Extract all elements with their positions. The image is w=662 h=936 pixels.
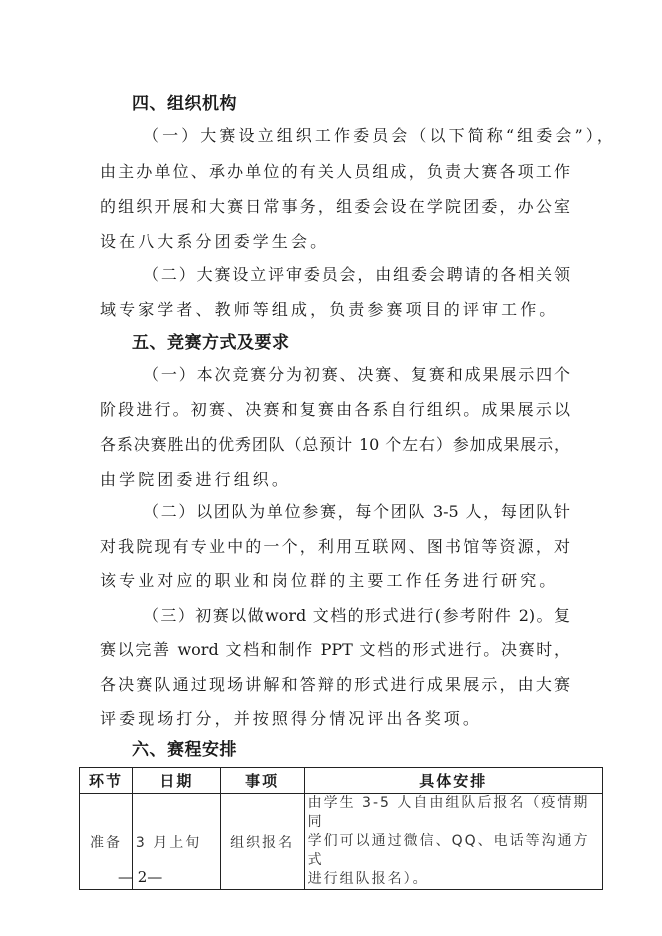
paragraph-line: 设在八大系分团委学生会。 [100,229,570,252]
paragraph-line: 由主办单位、承办单位的有关人员组成，负责大赛各项工作 [100,159,570,182]
paragraph-line: 阶段进行。初赛、决赛和复赛由各系自行组织。成果展示以 [100,397,570,420]
paragraph-line: 由学院团委进行组织。 [100,467,570,490]
section-heading-organization: 四、组织机构 [132,89,237,114]
paragraph-line: 赛以完善 word 文档和制作 PPT 文档的形式进行。决赛时， [100,637,570,660]
table-header-row: 环节 日期 事项 具体安排 [80,768,603,794]
paragraph-line: （二）大赛设立评审委员会，由组委会聘请的各相关领 [143,262,570,285]
paragraph-line: （一）本次竞赛分为初赛、决赛、复赛和成果展示四个 [143,362,570,385]
detail-line: 进行组队报名）。 [308,870,599,889]
cell-item: 组织报名 [220,794,304,890]
paragraph-line: （一）大赛设立组织工作委员会（以下简称“组委会”）， [143,123,570,146]
cell-detail: 由学生 3-5 人自由组队后报名（疫情期同 学们可以通过微信、QQ、电话等沟通方… [304,794,602,890]
paragraph-line: 各系决赛胜出的优秀团队（总预计 10 个左右）参加成果展示， [100,432,570,455]
column-header-item: 事项 [220,768,304,794]
paragraph-line: 域专家学者、教师等组成，负责参赛项目的评审工作。 [100,297,570,320]
paragraph-line: 该专业对应的职业和岗位群的主要工作任务进行研究。 [100,568,570,591]
paragraph-line: （三）初赛以做word 文档的形式进行(参考附件 2)。复 [143,603,570,626]
column-header-detail: 具体安排 [304,768,602,794]
column-header-stage: 环节 [80,768,133,794]
paragraph-line: 各决赛队通过现场讲解和答辩的形式进行成果展示，由大赛 [100,672,570,695]
paragraph-line: 的组织开展和大赛日常事务，组委会设在学院团委，办公室 [100,194,570,217]
section-heading-competition-format: 五、竞赛方式及要求 [132,328,290,353]
paragraph-line: （二）以团队为单位参赛，每个团队 3-5 人，每团队针 [143,499,570,522]
page-number: — 2— [118,868,162,886]
document-page: 四、组织机构 （一）大赛设立组织工作委员会（以下简称“组委会”）， 由主办单位、… [0,0,662,936]
detail-line: 学们可以通过微信、QQ、电话等沟通方式 [308,832,599,870]
column-header-date: 日期 [132,768,220,794]
paragraph-line: 评委现场打分，并按照得分情况评出各奖项。 [100,706,570,729]
paragraph-line: 对我院现有专业中的一个，利用互联网、图书馆等资源，对 [100,534,570,557]
detail-line: 由学生 3-5 人自由组队后报名（疫情期同 [308,794,599,832]
section-heading-schedule: 六、赛程安排 [132,735,237,760]
